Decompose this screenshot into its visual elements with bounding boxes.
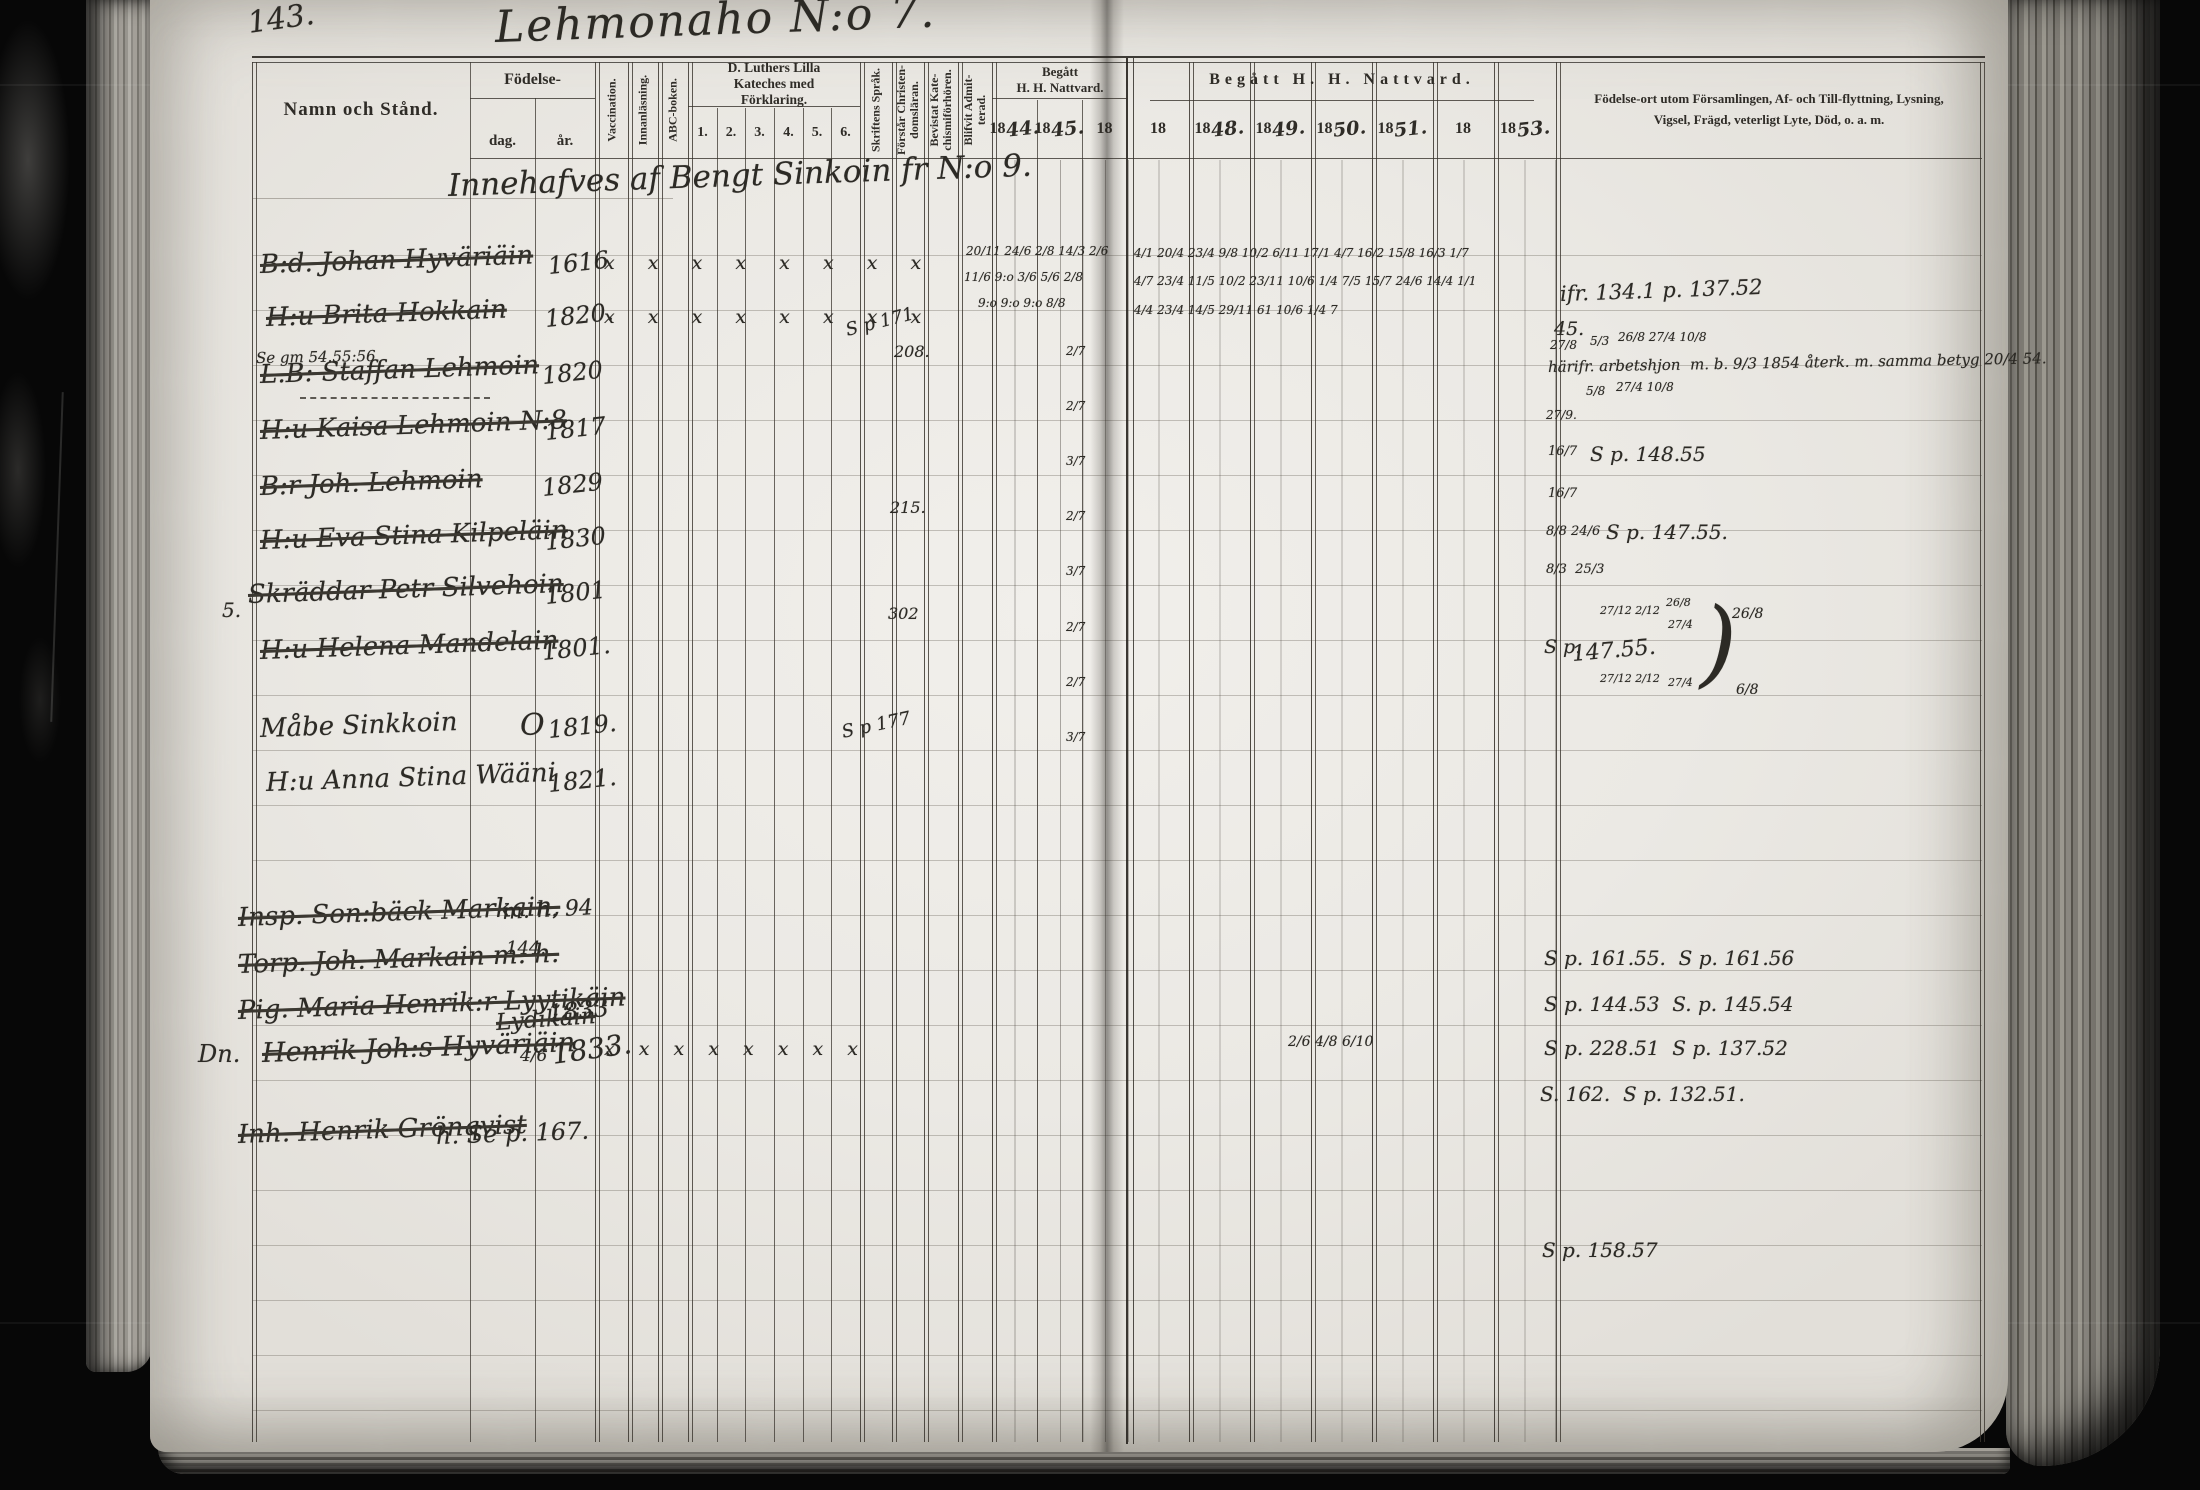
handwriting-entry: 27/8 <box>1550 338 1577 352</box>
col-header-vaccination: Vaccination. <box>595 62 628 158</box>
handwriting-entry: 16/7 <box>1548 444 1577 459</box>
handwriting-entry: x x x x x x x x <box>604 1038 867 1060</box>
handwriting-entry: 4/7 23/4 11/5 10/2 23/11 10/6 1/4 7/5 15… <box>1134 274 1476 288</box>
year-cell: 1845. <box>1037 100 1082 158</box>
vlabel-line: chismiförhören. <box>941 62 954 158</box>
catechism-col-5: 5. <box>803 108 831 158</box>
handwriting-entry: 302 <box>888 604 919 623</box>
handwriting-entry: 2/7 <box>1066 675 1085 689</box>
underline-squiggle <box>300 394 490 399</box>
notes-header-line: Vigsel, Frägd, veterligt Lyte, Död, o. a… <box>1654 110 1885 131</box>
year-hand: 49. <box>1271 116 1306 141</box>
handwriting-entry: 215. <box>890 498 926 517</box>
handwriting-entry: h. Se p. 167. <box>436 1117 590 1150</box>
catechism-line: D. Luthers Lilla <box>728 60 821 76</box>
handwriting-entry: 20/11 24/6 2/8 14/3 2/6 <box>966 244 1108 258</box>
catechism-line: Förklaring. <box>741 92 807 108</box>
handwriting-entry: S. 162. S p. 132.51. <box>1540 1082 1745 1106</box>
handwriting-entry: 27/4 <box>1668 618 1693 631</box>
handwriting-entry: O <box>520 708 545 743</box>
col-header-catechism: D. Luthers Lilla Kateches med Förklaring… <box>688 62 860 106</box>
handwriting-entry: 26/8 <box>1732 606 1763 622</box>
col-header-communion-1: BegåttH. H. Nattvard. <box>992 62 1128 98</box>
handwriting-entry: 11/6 9:o 3/6 5/6 2/8 <box>964 270 1083 284</box>
table-vline <box>1372 62 1377 1442</box>
col-header-name: Namn och Stånd. <box>252 62 470 158</box>
catechism-line: Kateches med <box>734 76 815 92</box>
col-header-birth-year: år. <box>535 98 595 158</box>
handwriting-entry: 4/4 23/4 14/5 29/11 61 10/6 1/4 7 <box>1134 303 1338 317</box>
year-printed: 18 <box>1034 120 1050 138</box>
year-printed: 18 <box>1255 120 1271 138</box>
handwriting-entry: 6/8 <box>1736 682 1759 698</box>
year-cell: 18 <box>1433 100 1494 158</box>
table-vline <box>992 62 997 1442</box>
book-page-stack-right <box>2006 0 2160 1466</box>
vlabel-line: domsläran. <box>908 62 921 158</box>
year-hand: 45. <box>1050 116 1085 141</box>
handwriting-entry: S p. 147.55. <box>1606 520 1728 544</box>
col-header-admitted: Blifvit Admit-terad. <box>958 62 992 158</box>
catechism-col-4: 4. <box>774 108 803 158</box>
handwriting-entry: 27/4 10/8 <box>1616 380 1674 394</box>
handwriting-entry: 2/7 <box>1066 620 1085 634</box>
handwriting-entry: 27/4 <box>1668 676 1693 689</box>
handwriting-entry: 2/7 <box>1066 344 1085 358</box>
year-printed: 18 <box>1150 120 1166 138</box>
year-printed: 18 <box>1097 120 1113 138</box>
handwriting-entry: 27/9. <box>1546 408 1577 422</box>
col-header-scripture: Skriftens Språk. <box>860 62 892 158</box>
year-printed: 18 <box>1316 120 1332 138</box>
handwriting-entry: 45. <box>1554 318 1584 340</box>
table-vline <box>1556 62 1561 1442</box>
table-vline <box>1189 62 1194 1442</box>
handwriting-entry: 5. <box>222 598 241 622</box>
year-cell: 18 <box>1082 100 1128 158</box>
col-header-abc: ABC-boken. <box>658 62 688 158</box>
table-vline <box>252 62 257 1442</box>
year-printed: 18 <box>1377 120 1393 138</box>
handwriting-entry: 8/8 24/6 <box>1546 524 1600 539</box>
handwriting-entry: 2/6 4/8 6/10 <box>1288 1034 1373 1050</box>
year-cell: 18 <box>1128 100 1189 158</box>
handwriting-entry: 9:o 9:o 9:o 8/8 <box>978 296 1065 310</box>
handwriting-entry: 5/8 <box>1586 384 1605 398</box>
col-header-communion-2: Begått H. H. Nattvard. <box>1128 62 1556 98</box>
catechism-col-1: 1. <box>688 108 717 158</box>
catechism-col-6: 6. <box>831 108 860 158</box>
handwriting-entry: 27/12 2/12 <box>1600 672 1660 685</box>
handwriting-entry: 5/3 <box>1590 334 1609 348</box>
year-cell: 1850. <box>1311 100 1372 158</box>
vlabel-line: terad. <box>975 62 988 158</box>
col-header-birth-day: dag. <box>470 98 535 158</box>
table-vline <box>1494 62 1499 1442</box>
handwriting-entry: 3/7 <box>1066 730 1085 744</box>
year-printed: 18 <box>1500 120 1516 138</box>
handwriting-entry: S p. 148.55 <box>1590 442 1706 466</box>
year-hand: 53. <box>1516 116 1551 141</box>
communion-line: H. H. Nattvard. <box>1016 80 1103 96</box>
handwriting-entry: S p. 158.57 <box>1542 1238 1658 1262</box>
book-page-stack-left <box>86 0 152 1372</box>
handwriting-entry: 8/3 25/3 <box>1546 562 1604 577</box>
handwriting-entry: Dn. <box>198 1040 240 1068</box>
handwriting-entry: 26/8 <box>1666 596 1691 609</box>
handwriting-entry: 3/7 <box>1066 564 1085 578</box>
handwriting-entry: 4/1 20/4 23/4 9/8 10/2 6/11 17/1 4/7 16/… <box>1134 246 1469 260</box>
year-hand: 51. <box>1393 116 1428 141</box>
handwriting-entry: 27/12 2/12 <box>1600 604 1660 617</box>
handwriting-entry: 2/7 <box>1066 399 1085 413</box>
handwriting-entry: m. h. 94 <box>501 895 593 925</box>
handwriting-entry: x x x x x x x x <box>604 252 928 274</box>
table-vline <box>1311 62 1316 1442</box>
table-vline <box>1082 100 1083 1442</box>
catechism-col-2: 2. <box>717 108 745 158</box>
year-printed: 18 <box>1455 120 1471 138</box>
table-right-border <box>1980 62 1985 1442</box>
col-header-attended: Bevistat Kate-chismiförhören. <box>924 62 958 158</box>
year-printed: 18 <box>989 120 1005 138</box>
table-vline <box>958 62 963 1442</box>
table-vline <box>1433 62 1438 1442</box>
handwriting-entry: 208. <box>894 342 930 361</box>
year-cell: 1849. <box>1250 100 1311 158</box>
handwriting-entry: 3/7 <box>1066 454 1085 468</box>
handwriting-entry: 26/8 27/4 10/8 <box>1618 330 1706 344</box>
handwriting-entry: 2/7 <box>1066 509 1085 523</box>
year-hand: 50. <box>1332 116 1367 141</box>
notes-header-line: Födelse-ort utom Församlingen, Af- och T… <box>1594 89 1943 110</box>
year-cell: 1851. <box>1372 100 1433 158</box>
handwriting-entry: S p. 161.55. S p. 161.56 <box>1544 946 1794 970</box>
scanned-register-photo: { "page": { "number": "143.", "title": "… <box>0 0 2200 1490</box>
handwriting-entry: 16/7 <box>1548 486 1577 501</box>
handwriting-entry: S p. 144.53 S. p. 145.54 <box>1544 992 1793 1016</box>
communion-line: Begått <box>1042 64 1078 80</box>
col-header-birth: Födelse- <box>470 62 595 98</box>
catechism-col-3: 3. <box>745 108 774 158</box>
handwriting-entry: S p. 228.51 S p. 137.52 <box>1544 1036 1788 1060</box>
year-cell: 1853. <box>1494 100 1556 158</box>
col-header-understands: Förstår Christen-domsläran. <box>892 62 924 158</box>
year-hand: 48. <box>1210 116 1245 141</box>
handwriting-entry: ) <box>1700 588 1737 698</box>
table-section-divider <box>1126 58 1134 1444</box>
year-cell: 1848. <box>1189 100 1250 158</box>
col-header-reading: Innanläsning. <box>628 62 658 158</box>
table-hline <box>992 98 1128 99</box>
handwriting-entry: 4/6 <box>520 1046 547 1066</box>
col-header-notes: Födelse-ort utom Församlingen, Af- och T… <box>1556 62 1982 158</box>
table-vline <box>1250 62 1255 1442</box>
year-printed: 18 <box>1194 120 1210 138</box>
